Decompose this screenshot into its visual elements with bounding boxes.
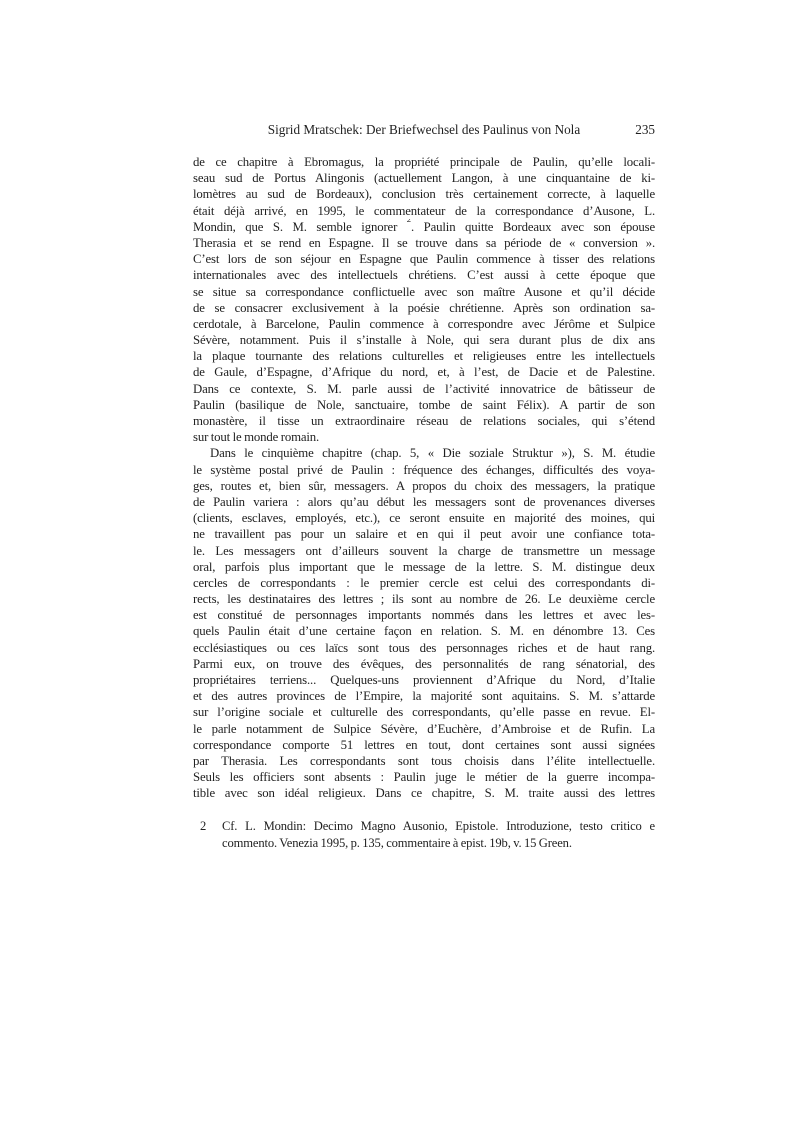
- text-line: ges, routes et, bien sûr, messagers. A p…: [193, 478, 655, 494]
- footnote: 2 Cf. L. Mondin: Decimo Magno Ausonio, E…: [193, 818, 655, 852]
- text-line: par Therasia. Les correspondants sont to…: [193, 753, 655, 769]
- text-line: le système postal privé de Paulin : fréq…: [193, 462, 655, 478]
- text-line: de ce chapitre à Ebromagus, la propriété…: [193, 154, 655, 170]
- text-line: Paulin (basilique de Nole, sanctuaire, t…: [193, 397, 655, 413]
- text-line: ecclésiastiques ou ces laïcs sont tous d…: [193, 640, 655, 656]
- text-line: Dans ce contexte, S. M. parle aussi de l…: [193, 381, 655, 397]
- text-line: le. Les messagers ont d’ailleurs souvent…: [193, 543, 655, 559]
- text-line: Mondin, que S. M. semble ignorer 2. Paul…: [193, 219, 655, 235]
- text-line: seau sud de Portus Alingonis (actuelleme…: [193, 170, 655, 186]
- footnote-reference: 2: [407, 219, 411, 224]
- text-line: ne travaillent pas pour un salaire et en…: [193, 526, 655, 542]
- text-line: est constitué de personnages importants …: [193, 607, 655, 623]
- text-line: cerdotale, à Barcelone, Paulin commence …: [193, 316, 655, 332]
- text-line: se situe sa correspondance conflictuelle…: [193, 284, 655, 300]
- text-line: rects, les destinataires des lettres ; i…: [193, 591, 655, 607]
- text-line: correspondance comporte 51 lettres en to…: [193, 737, 655, 753]
- text-line: quels Paulin était d’une certaine façon …: [193, 623, 655, 639]
- text-line: Parmi eux, on trouve des évêques, des pe…: [193, 656, 655, 672]
- text-line: de Paulin variera : alors qu’au début le…: [193, 494, 655, 510]
- text-line: sur tout le monde romain.: [193, 429, 655, 445]
- text-line: Seuls les officiers sont absents : Pauli…: [193, 769, 655, 785]
- body-text: de ce chapitre à Ebromagus, la propriété…: [193, 154, 655, 802]
- text-line: le parle notamment de Sulpice Sévère, d’…: [193, 721, 655, 737]
- text-line: tible avec son idéal religieux. Dans ce …: [193, 785, 655, 801]
- scanned-review-page: Sigrid Mratschek: Der Briefwechsel des P…: [0, 0, 800, 1131]
- footnote-line: commento. Venezia 1995, p. 135, commenta…: [222, 835, 655, 852]
- text-line: sur l’origine sociale et culturelle des …: [193, 704, 655, 720]
- text-line: était déjà arrivé, en 1995, le commentat…: [193, 203, 655, 219]
- footnote-line: Cf. L. Mondin: Decimo Magno Ausonio, Epi…: [222, 818, 655, 835]
- text-line: oral, parfois plus important que le mess…: [193, 559, 655, 575]
- text-line: lomètres au sud de Bordeaux), conclusion…: [193, 186, 655, 202]
- footnote-marker: 2: [193, 818, 222, 852]
- text-line: de Gaule, d’Espagne, d’Afrique du nord, …: [193, 364, 655, 380]
- page-number: 235: [635, 121, 655, 138]
- text-line: C’est lors de son séjour en Espagne que …: [193, 251, 655, 267]
- text-line: de se consacrer exclusivement à la poési…: [193, 300, 655, 316]
- text-line: la plaque tournante des relations cultur…: [193, 348, 655, 364]
- footnote-lines: Cf. L. Mondin: Decimo Magno Ausonio, Epi…: [222, 818, 655, 852]
- text-line: Therasia et se rend en Espagne. Il se tr…: [193, 235, 655, 251]
- text-line: cercles de correspondants : le premier c…: [193, 575, 655, 591]
- text-line: et des autres provinces de l’Empire, la …: [193, 688, 655, 704]
- running-head: Sigrid Mratschek: Der Briefwechsel des P…: [193, 121, 655, 138]
- text-line: Sévère, notamment. Puis il s’installe à …: [193, 332, 655, 348]
- running-head-title: Sigrid Mratschek: Der Briefwechsel des P…: [268, 122, 580, 137]
- text-line: (clients, esclaves, employés, etc.), ce …: [193, 510, 655, 526]
- text-line: propriétaires terriens... Quelques-uns p…: [193, 672, 655, 688]
- text-line: internationales avec des intellectuels c…: [193, 267, 655, 283]
- text-line: Dans le cinquième chapitre (chap. 5, « D…: [193, 445, 655, 461]
- text-line: monastère, il tisse un extraordinaire ré…: [193, 413, 655, 429]
